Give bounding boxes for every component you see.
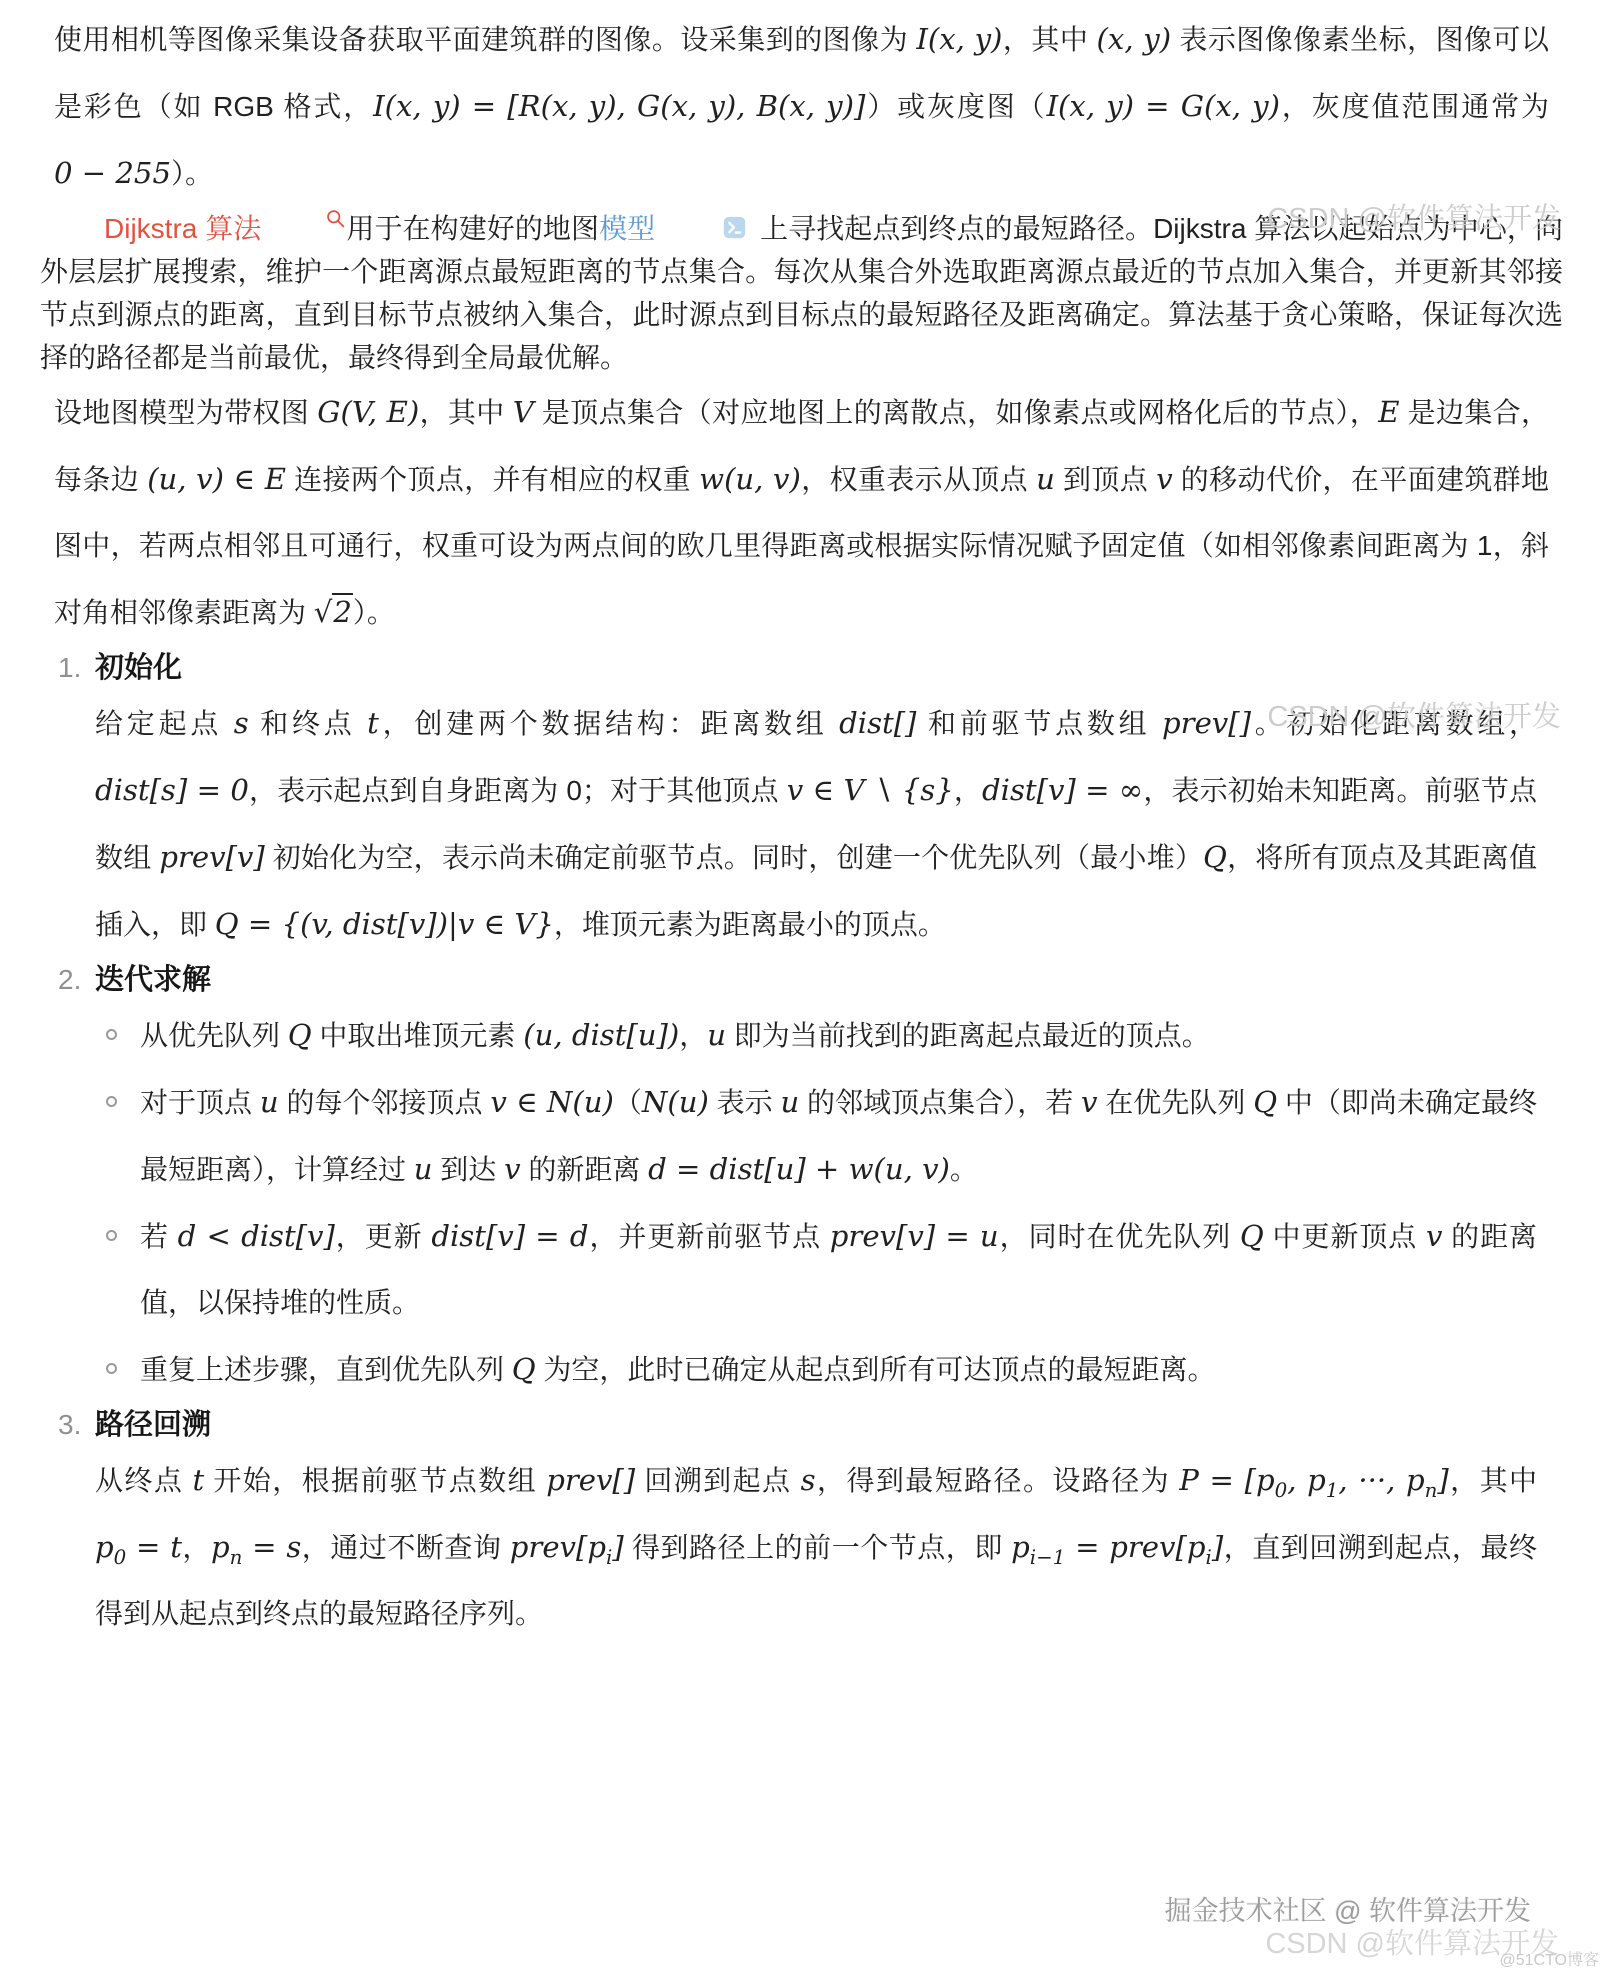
text-run: 的新距离 <box>521 1154 649 1185</box>
text-run: 对于顶点 <box>140 1087 260 1118</box>
text-run: ，权重表示从顶点 <box>801 464 1036 495</box>
math-formula: dist[v] = ∞ <box>982 773 1143 807</box>
step-2-bullet-1: 从优先队列 Q 中取出堆顶元素 (u, dist[u])，u 即为当前找到的距离… <box>40 1002 1563 1069</box>
math-formula: (u, dist[u]) <box>523 1018 679 1052</box>
intro-paragraph: 使用相机等图像采集设备获取平面建筑群的图像。设采集到的图像为 I(x, y)，其… <box>40 6 1563 207</box>
step-2-bullet-2: 对于顶点 u 的每个邻接顶点 v ∈ N(u)（N(u) 表示 u 的邻域顶点集… <box>40 1069 1563 1203</box>
text-run: 从终点 <box>95 1465 192 1496</box>
math-formula: prev[pi] <box>510 1530 624 1564</box>
list-number: 2. <box>58 958 81 1002</box>
math-formula: I(x, y) = [R(x, y), G(x, y), B(x, y)] <box>373 89 865 123</box>
text-run: ，表示起点到自身距离为 0；对于其他顶点 <box>249 775 787 806</box>
math-formula: t <box>367 706 379 740</box>
math-formula: u <box>260 1085 279 1119</box>
math-formula: u <box>414 1152 433 1186</box>
math-formula: v ∈ N(u) <box>490 1085 613 1119</box>
step-2-heading: 2.迭代求解 <box>40 958 1563 1002</box>
math-formula: d < dist[v] <box>178 1219 335 1253</box>
step-1-body: 给定起点 s 和终点 t，创建两个数据结构：距离数组 dist[] 和前驱节点数… <box>40 690 1563 958</box>
text-run: （ <box>614 1087 642 1118</box>
math-formula: prev[v] = u <box>830 1219 999 1253</box>
math-formula: (u, v) ∈ E <box>147 462 286 496</box>
math-formula: u <box>780 1085 799 1119</box>
text-run: ，更新 <box>335 1221 432 1252</box>
bullet-marker <box>106 1230 117 1241</box>
math-formula: G(V, E) <box>317 395 419 429</box>
text-run: ， <box>679 1020 707 1051</box>
text-run: ，其中 <box>1002 24 1096 55</box>
article-content: 使用相机等图像采集设备获取平面建筑群的图像。设采集到的图像为 I(x, y)，其… <box>0 0 1611 1647</box>
text-run: ）。 <box>171 158 213 189</box>
text-run: 重复上述步骤，直到优先队列 <box>140 1354 512 1385</box>
model-link[interactable]: 模型 <box>599 213 655 244</box>
text-run: 设地图模型为带权图 <box>54 397 317 428</box>
math-formula: v <box>504 1152 520 1186</box>
text-run: ，其中 <box>1449 1465 1537 1496</box>
math-formula: Q <box>512 1352 536 1386</box>
list-number: 1. <box>58 646 81 690</box>
csdn-watermark-3: CSDN @软件算法开发 <box>1265 1921 1559 1962</box>
math-formula: N(u) <box>642 1085 709 1119</box>
text-run: 是顶点集合（对应地图上的离散点，如像素点或网格化后的节点）， <box>534 397 1378 428</box>
text-run: 给定起点 <box>95 708 234 739</box>
text-run: 的每个邻接顶点 <box>279 1087 491 1118</box>
text-run: 若 <box>140 1221 178 1252</box>
math-formula: E <box>1378 395 1399 429</box>
math-formula: Q <box>1253 1085 1277 1119</box>
bullet-marker <box>106 1363 117 1374</box>
text-run: 中取出堆顶元素 <box>312 1020 524 1051</box>
math-formula: v <box>1426 1219 1442 1253</box>
text-run: 从优先队列 <box>140 1020 288 1051</box>
math-formula: (x, y) <box>1097 22 1172 56</box>
math-formula: v <box>1081 1085 1097 1119</box>
text-run: ）或灰度图（ <box>865 91 1046 122</box>
text-run: 为空，此时已确定从起点到所有可达顶点的最短距离。 <box>536 1354 1216 1385</box>
math-formula: p0 = t <box>95 1530 182 1564</box>
math-formula: Q <box>1203 840 1227 874</box>
text-run: ，堆顶元素为距离最小的顶点。 <box>554 909 946 940</box>
text-run: 连接两个顶点，并有相应的权重 <box>286 464 699 495</box>
math-formula: I(x, y) = G(x, y) <box>1047 89 1280 123</box>
section-title: 路径回溯 <box>95 1409 211 1441</box>
text-run: ，其中 <box>419 397 513 428</box>
dijkstra-paragraph: Dijkstra 算法用于在构建好的地图模型 上寻找起点到终点的最短路径。Dij… <box>40 207 1563 379</box>
math-formula: Q = {(v, dist[v])|v ∈ V} <box>215 907 554 941</box>
math-formula: s <box>801 1463 816 1497</box>
math-formula: u <box>1036 462 1055 496</box>
text-run: 得到路径上的前一个节点，即 <box>624 1532 1011 1563</box>
math-formula: √2 <box>314 593 353 629</box>
math-formula: V <box>513 395 534 429</box>
math-formula: pi−1 = prev[pi] <box>1011 1530 1223 1564</box>
math-formula: 0 − 255 <box>54 156 171 190</box>
text-run: 即为当前找到的距离起点最近的顶点。 <box>726 1020 1210 1051</box>
text-run: 回溯到起点 <box>635 1465 801 1496</box>
text-run: ，同时在优先队列 <box>999 1221 1240 1252</box>
section-title: 初始化 <box>95 652 182 684</box>
step-2-bullet-4: 重复上述步骤，直到优先队列 Q 为空，此时已确定从起点到所有可达顶点的最短距离。 <box>40 1336 1563 1403</box>
math-formula: pn = s <box>211 1530 301 1564</box>
text-run: 初始化为空，表示尚未确定前驱节点。同时，创建一个优先队列（最小堆） <box>265 842 1203 873</box>
text-run: 开始，根据前驱节点数组 <box>204 1465 546 1496</box>
text-run: ， <box>182 1532 211 1563</box>
step-3-heading: 3.路径回溯 <box>40 1403 1563 1447</box>
text-run: ，创建两个数据结构：距离数组 <box>379 708 839 739</box>
text-run: ，灰度值范围通常为 <box>1280 91 1549 122</box>
text-run: ）。 <box>353 597 395 628</box>
step-3-body: 从终点 t 开始，根据前驱节点数组 prev[] 回溯到起点 s，得到最短路径。… <box>40 1447 1563 1647</box>
text-run: 用于在构建好的地图 <box>346 213 599 244</box>
math-formula: s <box>234 706 249 740</box>
math-formula: dist[s] = 0 <box>95 773 249 807</box>
bullet-marker <box>106 1096 117 1107</box>
math-formula: dist[v] = d <box>431 1219 588 1253</box>
text-run: 和前驱节点数组 <box>916 708 1162 739</box>
search-icon[interactable] <box>261 208 346 229</box>
text-run: ， <box>954 775 982 806</box>
math-formula: dist[] <box>839 706 916 740</box>
text-run: ，并更新前驱节点 <box>589 1221 830 1252</box>
dijkstra-algorithm-link[interactable]: Dijkstra 算法 <box>104 213 261 244</box>
text-run: 表示 <box>709 1087 781 1118</box>
text-run: 中更新顶点 <box>1264 1221 1426 1252</box>
math-formula: t <box>192 1463 204 1497</box>
text-run: 和终点 <box>249 708 367 739</box>
list-number: 3. <box>58 1403 81 1447</box>
math-formula: P = [p0, p1, ···, pn] <box>1179 1463 1448 1497</box>
section-title: 迭代求解 <box>95 964 211 996</box>
step-2-bullet-3: 若 d < dist[v]，更新 dist[v] = d，并更新前驱节点 pre… <box>40 1203 1563 1336</box>
math-formula: u <box>707 1018 726 1052</box>
math-formula: d = dist[u] + w(u, v) <box>648 1152 950 1186</box>
math-formula: v <box>1156 462 1172 496</box>
text-run: 。 <box>950 1154 978 1185</box>
math-formula: prev[] <box>1162 706 1251 740</box>
text-run: ，通过不断查询 <box>301 1532 510 1563</box>
math-formula: prev[v] <box>159 840 264 874</box>
math-formula: Q <box>1240 1219 1264 1253</box>
text-run: ，得到最短路径。设路径为 <box>816 1465 1180 1496</box>
step-1-heading: 1.初始化 <box>40 646 1563 690</box>
bullet-marker <box>106 1029 117 1040</box>
text-run: 。初始化距离数组， <box>1251 708 1537 739</box>
juejin-watermark: 掘金技术社区 @ 软件算法开发 <box>1165 1889 1531 1928</box>
terminal-link-icon[interactable] <box>657 214 748 241</box>
math-formula: I(x, y) <box>916 22 1002 56</box>
cto-watermark: @51CTO博客 <box>1499 1947 1599 1970</box>
math-formula: v ∈ V ∖ {s} <box>787 773 954 807</box>
math-formula: Q <box>288 1018 312 1052</box>
text-run: 在优先队列 <box>1097 1087 1253 1118</box>
document-page: 使用相机等图像采集设备获取平面建筑群的图像。设采集到的图像为 I(x, y)，其… <box>0 0 1611 1974</box>
math-formula: prev[] <box>546 1463 635 1497</box>
text-run: 到顶点 <box>1055 464 1156 495</box>
text-run: 上寻找起点到终点的最短路径。Dijkstra 算法以起始点为中心，向外层层扩展搜… <box>40 213 1563 373</box>
math-formula: w(u, v) <box>699 462 801 496</box>
text-run: 的邻域顶点集合），若 <box>799 1087 1081 1118</box>
graph-model-paragraph: 设地图模型为带权图 G(V, E)，其中 V 是顶点集合（对应地图上的离散点，如… <box>40 379 1563 646</box>
text-run: 到达 <box>433 1154 505 1185</box>
text-run: 使用相机等图像采集设备获取平面建筑群的图像。设采集到的图像为 <box>54 24 916 55</box>
